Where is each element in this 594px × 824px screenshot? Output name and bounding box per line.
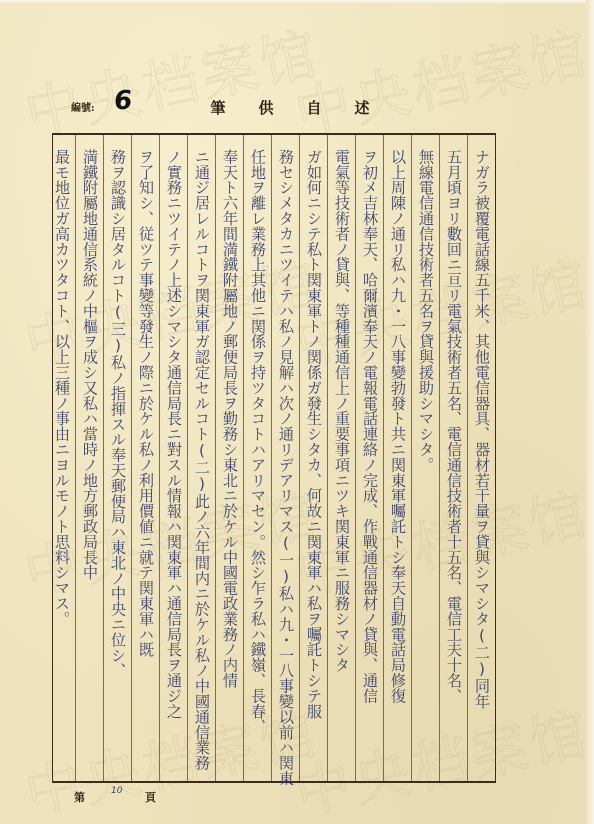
text-column: 電氣等技術者ノ貸與、等種種通信上ノ重要事項ニツキ関東軍ニ服務シマシタ [327, 135, 355, 781]
document-title: 筆 供 自 述 [210, 97, 370, 118]
text-column: 奉天ト六年間満鐵附屬地ノ郵便局長ヲ勤務シ東北ニ於ケル中國電政業務ノ内情 [215, 135, 243, 781]
title-char: 述 [354, 97, 370, 118]
column-text: ヲ了知シ、従ツテ事變等發生ノ際ニ於ケル私ノ利用價値ニ就テ関東軍ハ既 [132, 135, 159, 785]
column-text: ニ通ジ居レルコトヲ関東軍ガ認定セルコト(二)此ノ六年間内ニ於ケル私ノ中國通信業務 [188, 135, 215, 785]
text-column: 務セシメタカニツイテハ私ノ見解ハ次ノ通リデアリマス(一)私ハ九・一八事變以前ハ関… [271, 135, 299, 781]
column-text: 満鐵附屬地通信系統ノ中樞ヲ成シ又私ハ當時ノ地方郵政局長中 [76, 135, 103, 785]
page-edge [586, 0, 594, 824]
column-text: 任地ヲ離レ業務上其他ニ関係ヲ持ツタコトハアリマセン。然シ乍ラ私ハ鐵嶺、長春、 [244, 135, 271, 785]
column-text: 五月頃ヨリ數回ニ亘リ電氣技術者五名、電信通信技術者十五名、電信工夫十名、 [440, 135, 467, 785]
manuscript-grid: ナガラ被覆電話線五千米、其他電信器具、器材若干量ヲ貸與シマシタ(二)同年 五月頃… [52, 133, 496, 783]
document-page: 中央档案馆 中央档案馆 中央档案馆 中央档案馆 中央档案馆 中央档案馆 中央档案… [0, 0, 594, 824]
text-column: 務ヲ認識シ居タルコト(三)私ノ指揮スル奉天郵便局ハ東北ノ中央ニ位シ、 [103, 135, 131, 781]
column-text: 電氣等技術者ノ貸與、等種種通信上ノ重要事項ニツキ関東軍ニ服務シマシタ [328, 135, 355, 785]
page-number: 10 [111, 786, 122, 796]
title-char: 供 [258, 97, 274, 118]
column-text: ナガラ被覆電話線五千米、其他電信器具、器材若干量ヲ貸與シマシタ(二)同年 [468, 135, 495, 785]
serial-number-value: 6 [112, 86, 133, 116]
column-text: ヲ初メ吉林奉天、哈爾濱奉天ノ電報電話連絡ノ完成、作戰通信器材ノ貸與、通信 [356, 135, 383, 785]
text-column: 無線電信通信技術者五名ヲ貸與援助シマシタ。 [411, 135, 439, 781]
page-suffix: 頁 [145, 789, 156, 805]
title-char: 筆 [210, 97, 226, 118]
archive-watermark: 中央档案馆 [287, 10, 594, 151]
column-text: 務セシメタカニツイテハ私ノ見解ハ次ノ通リデアリマス(一)私ハ九・一八事變以前ハ関… [272, 135, 299, 785]
column-text: ガ如何ニシテ私ト関東軍トノ関係ガ發生シタカ、何故ニ関東軍ハ私ヲ囑託トシテ服 [300, 135, 327, 785]
column-text: 無線電信通信技術者五名ヲ貸與援助シマシタ。 [412, 135, 439, 785]
text-column: ヲ初メ吉林奉天、哈爾濱奉天ノ電報電話連絡ノ完成、作戰通信器材ノ貸與、通信 [355, 135, 383, 781]
text-column: 満鐵附屬地通信系統ノ中樞ヲ成シ又私ハ當時ノ地方郵政局長中 [75, 135, 103, 781]
text-column: 以上周陳ノ通リ私ハ九・一八事變勃發ト共ニ関東軍囑託トシ奉天自動電話局修復 [383, 135, 411, 781]
column-text: 務ヲ認識シ居タルコト(三)私ノ指揮スル奉天郵便局ハ東北ノ中央ニ位シ、 [104, 135, 131, 785]
page-prefix: 第 [74, 789, 85, 805]
text-column: ノ實務ニツイテノ上述シマシタ通信局長ニ對スル情報ハ関東軍ハ通信局長ヲ通ジ之 [159, 135, 187, 781]
column-text: 最モ地位ガ高カツタコト、以上三種ノ事由ニヨルモノト思料シマス。 [48, 135, 75, 785]
column-text: ノ實務ニツイテノ上述シマシタ通信局長ニ對スル情報ハ関東軍ハ通信局長ヲ通ジ之 [160, 135, 187, 785]
column-text: 奉天ト六年間満鐵附屬地ノ郵便局長ヲ勤務シ東北ニ於ケル中國電政業務ノ内情 [216, 135, 243, 785]
archive-watermark: 中央档案馆 [17, 10, 327, 151]
text-column: 五月頃ヨリ數回ニ亘リ電氣技術者五名、電信通信技術者十五名、電信工夫十名、 [439, 135, 467, 781]
text-column: 最モ地位ガ高カツタコト、以上三種ノ事由ニヨルモノト思料シマス。 [48, 135, 75, 781]
text-column: 任地ヲ離レ業務上其他ニ関係ヲ持ツタコトハアリマセン。然シ乍ラ私ハ鐵嶺、長春、 [243, 135, 271, 781]
title-char: 自 [306, 97, 322, 118]
text-column: ニ通ジ居レルコトヲ関東軍ガ認定セルコト(二)此ノ六年間内ニ於ケル私ノ中國通信業務 [187, 135, 215, 781]
text-column: ヲ了知シ、従ツテ事變等發生ノ際ニ於ケル私ノ利用價値ニ就テ関東軍ハ既 [131, 135, 159, 781]
column-text: 以上周陳ノ通リ私ハ九・一八事變勃發ト共ニ関東軍囑託トシ奉天自動電話局修復 [384, 135, 411, 785]
serial-number-label: 編號: [71, 99, 95, 114]
text-column: ナガラ被覆電話線五千米、其他電信器具、器材若干量ヲ貸與シマシタ(二)同年 [467, 135, 495, 781]
text-column: ガ如何ニシテ私ト関東軍トノ関係ガ發生シタカ、何故ニ関東軍ハ私ヲ囑託トシテ服 [299, 135, 327, 781]
page-edge [0, 0, 594, 5]
